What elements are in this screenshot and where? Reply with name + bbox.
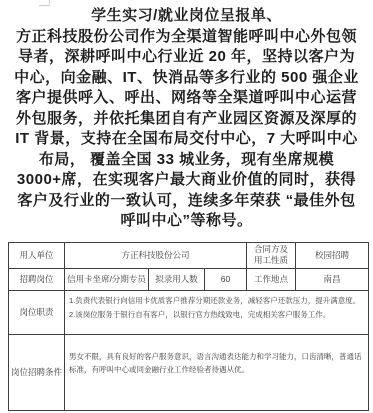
requirements-text: 男女不限，具有良好的客户服务意识，语言沟通表达能力和学习能力，口齿清晰，普通话标… (65, 334, 369, 410)
position-label: 招聘岗位 (9, 268, 65, 290)
table-row-employer: 用人单位 方正科技股份公司 合同方及 用工性质 校园招聘 (9, 243, 369, 269)
duties-label: 岗位职责 (9, 290, 65, 334)
contract-type-value: 校园招聘 (296, 243, 369, 269)
employer-label: 用人单位 (9, 243, 65, 269)
document-title: 学生实习/就业岗位呈报单、 (14, 6, 359, 27)
location-value: 南昌 (296, 268, 369, 290)
employer-value: 方正科技股份公司 (65, 243, 247, 269)
duty-item-2: 2.该岗位服务于银行自有客户，以银行官方热线致电，完成相关客户服务工作。 (69, 308, 364, 322)
table-row-duties: 岗位职责 1.负责代表银行向信用卡优质客户推荐分期还款业务，减轻客户还款压力，提… (9, 290, 369, 334)
recruitment-table: 用人单位 方正科技股份公司 合同方及 用工性质 校园招聘 招聘岗位 信用卡坐席/… (8, 242, 369, 411)
location-label: 工作地点 (247, 268, 296, 290)
contract-type-label: 合同方及 用工性质 (247, 243, 296, 269)
requirements-label: 岗位招聘条件 (9, 334, 65, 410)
table-row-position: 招聘岗位 信用卡坐席/分期专员 拟录用人数 60 工作地点 南昌 (9, 268, 369, 290)
table-row-requirements: 岗位招聘条件 男女不限，具有良好的客户服务意识，语言沟通表达能力和学习能力，口齿… (9, 334, 369, 410)
intro-text: 方正科技股份公司作为全渠道智能呼叫中心外包领导者，深耕呼叫中心行业近 20 年，… (14, 27, 359, 232)
headcount-value: 60 (205, 268, 247, 290)
position-value: 信用卡坐席/分期专员 (65, 268, 149, 290)
intro-paragraph: 学生实习/就业岗位呈报单、 方正科技股份公司作为全渠道智能呼叫中心外包领导者，深… (0, 6, 373, 232)
document-page: { "document": { "title": "学生实习/就业岗位呈报单、"… (0, 0, 373, 413)
headcount-label: 拟录用人数 (149, 268, 205, 290)
duty-item-1: 1.负责代表银行向信用卡优质客户推荐分期还款业务，减轻客户还款压力，提升满意度。 (69, 294, 364, 308)
duties-text: 1.负责代表银行向信用卡优质客户推荐分期还款业务，减轻客户还款压力，提升满意度。… (65, 290, 369, 334)
